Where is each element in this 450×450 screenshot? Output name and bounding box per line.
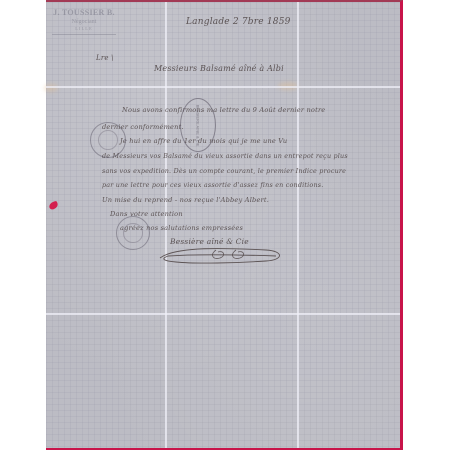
oval-merchant-stamp: BESSIERE AINE & CIE bbox=[180, 98, 216, 152]
letterhead-rule bbox=[52, 34, 116, 35]
body-line: Dans votre attention bbox=[110, 210, 183, 218]
body-line: Un mise du reprend - nos reçue l'Abbey A… bbox=[102, 196, 269, 204]
place-date: Langlade 2 7bre 1859 bbox=[186, 17, 291, 27]
body-line: Nous avons confirmons ma lettre du 9 Aoû… bbox=[122, 106, 325, 114]
circular-postmark bbox=[90, 122, 126, 158]
fold-line-horizontal bbox=[46, 86, 400, 88]
body-line: de Messieurs vos Balsamé du vieux assort… bbox=[102, 152, 348, 160]
red-ink-mark bbox=[48, 201, 59, 211]
letterhead-city: LILLE bbox=[48, 26, 120, 31]
oval-stamp-text: BESSIERE AINE & CIE bbox=[196, 104, 201, 146]
fold-line-horizontal bbox=[46, 313, 400, 315]
signature-flourish-icon bbox=[156, 244, 286, 268]
body-line: sans vos expedition. Dès un compte coura… bbox=[102, 167, 346, 175]
body-line: par une lettre pour ces vieux assortie d… bbox=[102, 181, 324, 189]
salutation: Messieurs Balsamé aîné à Albi bbox=[154, 64, 284, 73]
fold-line-vertical bbox=[297, 2, 299, 448]
letterhead-name: J. TOUSSIER B. bbox=[48, 8, 120, 17]
circular-postmark bbox=[116, 216, 150, 250]
letterhead-title: Négociant bbox=[48, 19, 120, 25]
letter-sheet: J. TOUSSIER B. Négociant LILLE Langlade … bbox=[46, 0, 403, 450]
letterhead: J. TOUSSIER B. Négociant LILLE bbox=[48, 8, 120, 35]
reference-marks: Lre \ bbox=[96, 54, 114, 62]
